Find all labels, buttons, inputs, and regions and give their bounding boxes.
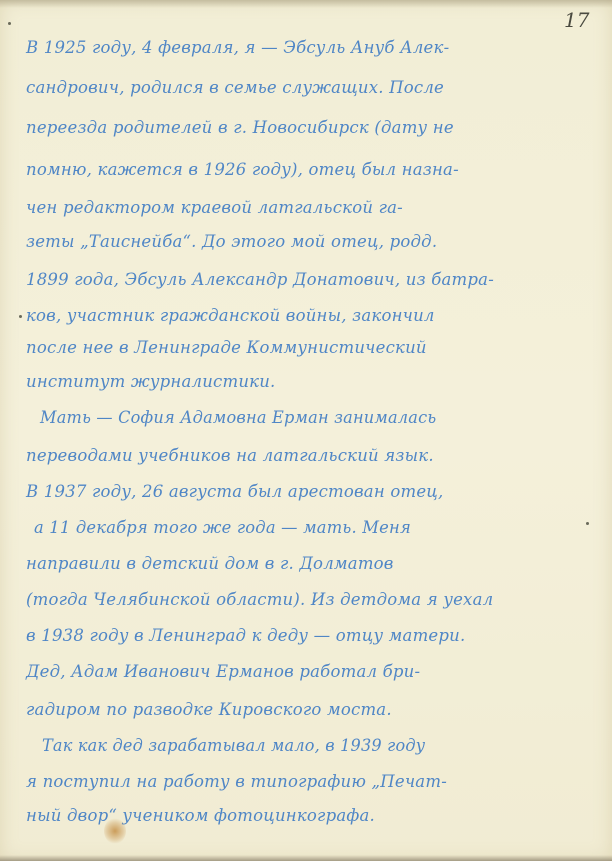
page-number: 17: [564, 8, 589, 32]
text-line: гадиром по разводке Кировского моста.: [26, 700, 596, 719]
text-line: Так как дед зарабатывал мало, в 1939 год…: [42, 736, 598, 755]
text-line: переезда родителей в г. Новосибирск (дат…: [26, 118, 596, 137]
ink-dot: [19, 315, 22, 318]
text-line: институт журналистики.: [26, 372, 596, 391]
text-line: В 1937 году, 26 августа был арестован от…: [26, 482, 596, 501]
text-line: Мать — София Адамовна Ерман занималась: [40, 408, 598, 427]
text-line: переводами учебников на латгальский язык…: [26, 446, 596, 465]
paper-stain: [104, 818, 126, 844]
text-line: я поступил на работу в типографию „Печат…: [26, 772, 596, 791]
text-line: Дед, Адам Иванович Ерманов работал бри-: [26, 662, 596, 681]
text-line: 1899 года, Эбсуль Александр Донатович, и…: [26, 270, 596, 289]
scan-top-edge: [0, 0, 612, 8]
text-line: чен редактором краевой латгальской га-: [26, 198, 596, 217]
text-line: зеты „Таиснейба“. До этого мой отец, род…: [26, 232, 596, 251]
ink-dot: [8, 22, 11, 25]
text-line: направили в детский дом в г. Долматов: [26, 554, 596, 573]
text-line: а 11 декабря того же года — мать. Меня: [34, 518, 598, 537]
text-line: сандрович, родился в семье служащих. Пос…: [26, 78, 596, 97]
text-line: помню, кажется в 1926 году), отец был на…: [26, 160, 596, 179]
text-line: (тогда Челябинской области). Из детдома …: [26, 590, 596, 609]
text-line: после нее в Ленинграде Коммунистический: [26, 338, 596, 357]
text-line: В 1925 году, 4 февраля, я — Эбсуль Ануб …: [26, 38, 596, 57]
text-line: ков, участник гражданской войны, закончи…: [26, 306, 596, 325]
text-line: в 1938 году в Ленинград к деду — отцу ма…: [26, 626, 596, 645]
scan-bottom-edge: [0, 855, 612, 861]
document-page: 17 В 1925 году, 4 февраля, я — Эбсуль Ан…: [0, 0, 612, 861]
